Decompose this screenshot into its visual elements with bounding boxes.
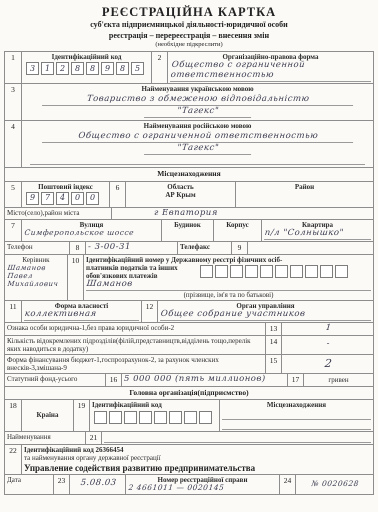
field13-value-handwritten: 1 <box>325 324 332 334</box>
field13-value-cell: 1 <box>281 323 373 335</box>
field24-number: 24 <box>279 475 295 494</box>
field23-number: 23 <box>53 475 69 494</box>
head-org-location: Місцезнаходження <box>219 400 373 430</box>
empty-digit-box <box>94 411 107 424</box>
case-number-handwritten: 2 4661011 — 0020145 <box>128 484 278 493</box>
field10-number: 10 <box>67 255 83 300</box>
empty-line <box>222 420 371 430</box>
date-label-cell: Дата <box>5 475 53 494</box>
field9-number: 9 <box>231 242 247 254</box>
field19-number: 19 <box>73 400 89 430</box>
empty-digit-box <box>124 411 137 424</box>
form-title: РЕЄСТРАЦІЙНА КАРТКА <box>4 5 374 19</box>
field17-unit-cell: гривен <box>303 374 373 386</box>
digit-box: 9 <box>26 192 39 205</box>
flat-value-handwritten: п/л "Солнышко" <box>264 229 372 240</box>
empty-digit-box <box>109 411 122 424</box>
digit-box: 0 <box>71 192 84 205</box>
field1-digit-boxes: 3 1 2 8 8 9 8 5 <box>26 62 149 75</box>
field10-caption: (прізвище, ім'я та по батькові) <box>86 290 371 299</box>
row-postal-region: 5 Поштовий індекс 9 7 4 0 0 6 Область АР… <box>5 181 373 207</box>
digit-box: 8 <box>86 62 99 75</box>
city-label: Місто(село),район міста <box>7 209 80 217</box>
row-ownership: 11 Форма власності коллективная 12 Орган… <box>5 300 373 322</box>
digit-box: 4 <box>56 192 69 205</box>
row-name-ua: 3 Найменування українською мовою Товарис… <box>5 83 373 120</box>
digit-box: 8 <box>116 62 129 75</box>
digit-box: 3 <box>26 62 39 75</box>
digit-box: 0 <box>86 192 99 205</box>
field12-value-handwritten: Общее собрание участников <box>160 310 372 321</box>
field7-number: 7 <box>5 220 21 241</box>
empty-line <box>104 433 371 443</box>
city-label-cell: Місто(село),район міста <box>5 208 111 220</box>
digit-box: 2 <box>56 62 69 75</box>
field15-label: Форма фінансування бюджет-1,госпрозрахун… <box>7 356 219 372</box>
digit-box: 5 <box>131 62 144 75</box>
field21-value-cell <box>101 432 373 444</box>
field7-house: Будинок <box>161 220 213 241</box>
field3-number: 3 <box>5 84 21 120</box>
field19-idcode: Ідентифікаційний код <box>89 400 219 430</box>
field10-label-line2: платників податків та інших <box>86 264 198 272</box>
field16-value-handwritten: 5 000 000 (пять миллионов) <box>124 374 266 384</box>
field5-label: Поштовий індекс <box>24 183 107 191</box>
empty-digit-box <box>335 265 348 278</box>
field1-label: Ідентифікаційний код <box>24 53 149 61</box>
field15-value-cell: 2 <box>281 355 373 373</box>
currency-unit-label: гривен <box>328 376 348 384</box>
empty-digit-box <box>305 265 318 278</box>
location-section-header: Місцезнаходження <box>5 167 373 181</box>
field5-digit-boxes: 9 7 4 0 0 <box>26 192 107 205</box>
field5-postal: Поштовий індекс 9 7 4 0 0 <box>21 182 109 207</box>
field3-label: Найменування українською мовою <box>24 85 371 93</box>
row-head-org-name: Найменування 21 <box>5 431 373 444</box>
row-footer: Дата 23 5.08.03 Номер реєстраційної спра… <box>5 474 373 494</box>
empty-digit-box <box>230 265 243 278</box>
field21-label: Найменування <box>7 433 51 441</box>
field11-number: 11 <box>5 301 21 322</box>
field14-label-cell: Кількість відокремлених підрозділів(філі… <box>5 336 265 354</box>
digit-box: 8 <box>71 62 84 75</box>
field2-value-handwritten: Общество с ограниченной ответственностью <box>170 61 373 82</box>
field13-label: Ознака особи юридична-1,без права юридич… <box>7 324 174 332</box>
field24-value-cell: № 0020628 <box>295 475 373 494</box>
row-leader: Керівник Шаманов Павел Михайлович 10 Іде… <box>5 254 373 300</box>
field7-korpus: Корпус <box>213 220 261 241</box>
fax-value-cell <box>247 242 373 254</box>
field5-number: 5 <box>5 182 21 207</box>
field21-number: 21 <box>85 432 101 444</box>
field16-number: 16 <box>105 374 121 386</box>
field15-value-handwritten: 2 <box>324 358 333 371</box>
field1-idcode: Ідентифікаційний код 3 1 2 8 8 9 8 5 <box>21 52 151 83</box>
field16-value-cell: 5 000 000 (пять миллионов) <box>121 374 287 386</box>
house-label: Будинок <box>164 221 211 229</box>
date-value-cell: 5.08.03 <box>69 475 125 494</box>
empty-digit-box <box>320 265 333 278</box>
head-org-section-header: Головна організація(підприємство) <box>5 386 373 400</box>
field22-line2: та найменування органу державної реєстра… <box>24 454 371 462</box>
field22-content: Ідентифікаційний код 26366454 та наймену… <box>21 445 373 474</box>
row-idcode-opf: 1 Ідентифікаційний код 3 1 2 8 8 9 8 5 2… <box>5 52 373 83</box>
digit-box: 9 <box>101 62 114 75</box>
field10-label-rest: платників податків та інших обов'язкових… <box>86 264 198 280</box>
field8-number: 8 <box>69 242 85 254</box>
field10-digit-boxes <box>200 265 348 278</box>
field13-label-cell: Ознака особи юридична-1,без права юридич… <box>5 323 265 335</box>
row-legal-flag: Ознака особи юридична-1,без права юридич… <box>5 322 373 335</box>
digit-box: 1 <box>41 62 54 75</box>
empty-digit-box <box>275 265 288 278</box>
city-value-cell: г Евпатория <box>111 208 373 220</box>
fax-label-cell: Телефакс <box>177 242 231 254</box>
field4-value-line1: Общество с ограниченной ответственностью <box>42 132 354 143</box>
field18-country: Країна <box>21 400 73 430</box>
fax-label: Телефакс <box>180 243 210 251</box>
leader-label: Керівник <box>7 256 65 264</box>
field19-digit-boxes <box>94 411 217 424</box>
field6-oblast: Область АР Крым <box>125 182 235 207</box>
field14-value-cell: - <box>281 336 373 354</box>
empty-digit-box <box>199 411 212 424</box>
field6-number: 6 <box>109 182 125 207</box>
empty-digit-box <box>290 265 303 278</box>
field6-value: АР Крым <box>128 191 233 199</box>
row-financing: Форма фінансування бюджет-1,госпрозрахун… <box>5 354 373 373</box>
row-name-ru: 4 Найменування російською мовою Общество… <box>5 120 373 167</box>
form-subtitle-entity: суб'єкта підприємницької діяльності-юрид… <box>4 20 374 29</box>
field3-value-line1: Товариство з обмеженою відповідальністю <box>42 95 354 106</box>
row-city: Місто(село),район міста г Евпатория <box>5 207 373 220</box>
field13-number: 13 <box>265 323 281 335</box>
field10-label-line1: Ідентифікаційний номер у Державному реєс… <box>86 256 371 264</box>
leader-cell: Керівник Шаманов Павел Михайлович <box>5 255 67 300</box>
leader-name-line3: Михайлович <box>7 280 66 288</box>
field11-value-handwritten: коллективная <box>24 310 140 321</box>
field14-number: 14 <box>265 336 281 354</box>
field18-number: 18 <box>5 400 21 430</box>
phone-label-cell: Телефон <box>5 242 69 254</box>
field10-midblock: платників податків та інших обов'язкових… <box>86 264 371 280</box>
field16-label-cell: Статутний фонд-усього <box>5 374 105 386</box>
field3-name-ua: Найменування українською мовою Товариств… <box>21 84 373 120</box>
row-street: 7 Вулиця Симферопольское шоссе Будинок К… <box>5 219 373 241</box>
empty-digit-box <box>169 411 182 424</box>
row-phone: Телефон 8 - 3-00-31 Телефакс 9 <box>5 241 373 254</box>
empty-line <box>222 410 371 420</box>
field12-number: 12 <box>141 301 157 322</box>
form-body: 1 Ідентифікаційний код 3 1 2 8 8 9 8 5 2… <box>4 51 374 494</box>
field4-label: Найменування російською мовою <box>24 122 371 130</box>
field19-label: Ідентифікаційний код <box>92 401 217 409</box>
korpus-label: Корпус <box>216 221 259 229</box>
field11-ownership: Форма власності коллективная <box>21 301 141 322</box>
field4-value-line2: "Тагекс" <box>144 144 252 155</box>
head-org-location-label: Місцезнаходження <box>222 401 371 409</box>
registration-card-scan: РЕЄСТРАЦІЙНА КАРТКА суб'єкта підприємниц… <box>0 0 378 512</box>
field22-number: 22 <box>5 445 21 474</box>
form-subtitle-actions: реєстрація – перереєстрація – внесення з… <box>4 31 374 40</box>
field7-street: Вулиця Симферопольское шоссе <box>21 220 161 241</box>
field6-label: Область <box>128 183 233 191</box>
field15-label-cell: Форма фінансування бюджет-1,госпрозрахун… <box>5 355 265 373</box>
field15-number: 15 <box>265 355 281 373</box>
case-number-cell: Номер реєстраційної справи 2 4661011 — 0… <box>125 475 279 494</box>
digit-box: 7 <box>41 192 54 205</box>
row-statutory-fund: Статутний фонд-усього 16 5 000 000 (пять… <box>5 373 373 386</box>
field10-taxid: Ідентифікаційний номер у Державному реєс… <box>83 255 373 300</box>
field21-label-cell: Найменування <box>5 432 85 444</box>
date-label: Дата <box>7 476 21 484</box>
field24-value-handwritten: № 0020628 <box>311 480 359 489</box>
field22-line1: Ідентифікаційний код 26366454 <box>24 446 371 454</box>
field3-value-line2: "Тагекс" <box>144 107 252 118</box>
empty-digit-box <box>184 411 197 424</box>
row-head-org: 18 Країна 19 Ідентифікаційний код <box>5 399 373 430</box>
phone-label: Телефон <box>7 243 33 251</box>
row-branches: Кількість відокремлених підрозділів(філі… <box>5 335 373 354</box>
field16-label: Статутний фонд-усього <box>7 375 77 383</box>
empty-digit-box <box>260 265 273 278</box>
empty-digit-box <box>215 265 228 278</box>
country-label: Країна <box>37 411 59 419</box>
rayon-label: Район <box>238 183 371 191</box>
row-registry-authority: 22 Ідентифікаційний код 26366454 та найм… <box>5 444 373 474</box>
form-header: РЕЄСТРАЦІЙНА КАРТКА суб'єкта підприємниц… <box>4 5 374 48</box>
empty-digit-box <box>139 411 152 424</box>
empty-line <box>30 155 365 165</box>
field4-number: 4 <box>5 121 21 167</box>
field1-number: 1 <box>5 52 21 83</box>
street-value-handwritten: Симферопольское шоссе <box>24 229 160 238</box>
empty-digit-box <box>200 265 213 278</box>
field10-value-handwritten: Шаманов <box>86 280 372 290</box>
date-value-handwritten: 5.08.03 <box>80 479 117 489</box>
form-subtitle-note: (необхідне підкреслити) <box>4 41 374 48</box>
field14-label: Кількість відокремлених підрозділів(філі… <box>7 337 251 353</box>
field4-name-ru: Найменування російською мовою Общество с… <box>21 121 373 167</box>
field2-opf: Організаційно-правова форма Общество с о… <box>167 52 373 83</box>
field2-number: 2 <box>151 52 167 83</box>
empty-digit-box <box>154 411 167 424</box>
field17-number: 17 <box>287 374 303 386</box>
city-value-handwritten: г Евпатория <box>154 208 218 218</box>
field14-value-handwritten: - <box>326 340 330 350</box>
field22-authority-name: Управление содействия развитию предприни… <box>24 463 371 473</box>
field12-governing-body: Орган управління Общее собрание участник… <box>157 301 373 322</box>
field7-flat: Квартира п/л "Солнышко" <box>261 220 373 241</box>
empty-digit-box <box>245 265 258 278</box>
field6-rayon: Район <box>235 182 373 207</box>
phone-value-cell: - 3-00-31 <box>85 242 177 254</box>
phone-value-handwritten: - 3-00-31 <box>88 242 131 252</box>
